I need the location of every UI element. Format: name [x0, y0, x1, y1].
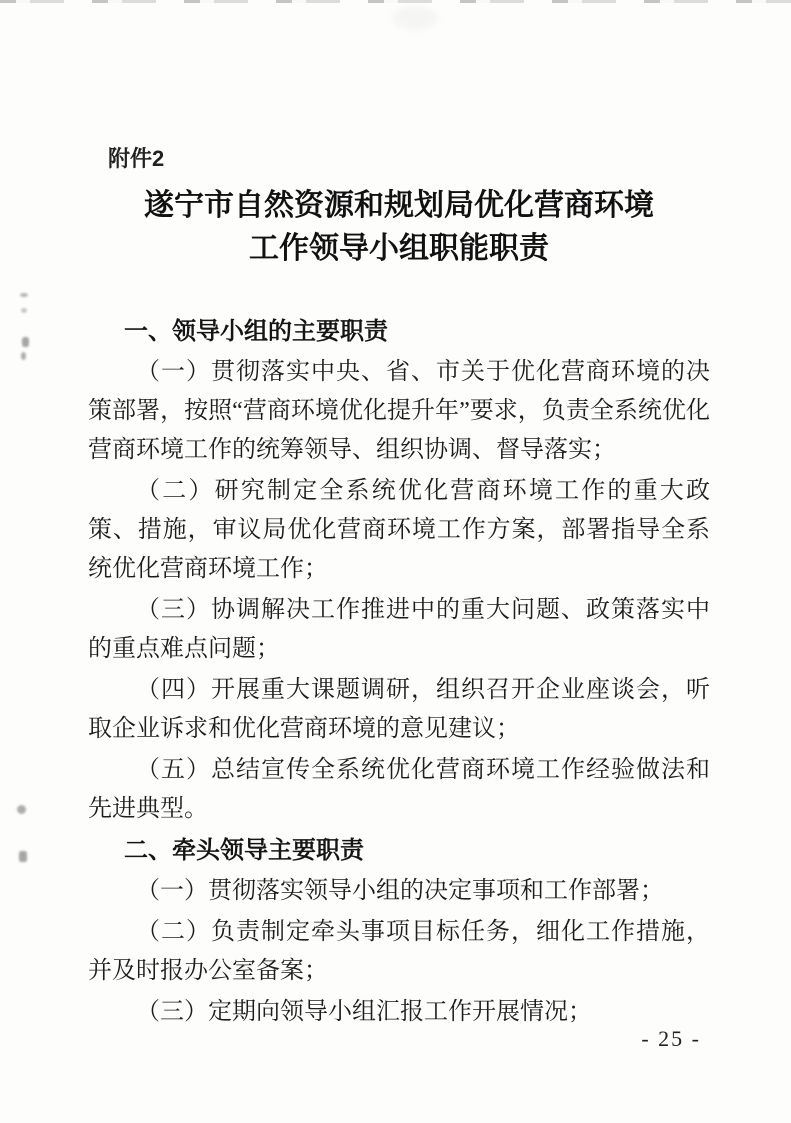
- scan-artifact: [21, 352, 26, 360]
- document-title-line2: 工作领导小组职能职责: [88, 227, 710, 270]
- section-1-paragraph-2: （二）研究制定全系统优化营商环境工作的重大政策、措施，审议局优化营商环境工作方案…: [88, 472, 710, 589]
- page-number: - 25 -: [641, 1026, 701, 1052]
- scan-edge-artifact: [0, 0, 791, 3]
- document-content: 附件2 遂宁市自然资源和规划局优化营商环境 工作领导小组职能职责 一、领导小组的…: [88, 146, 710, 1034]
- section-2-heading: 二、牵头领导主要职责: [88, 831, 710, 870]
- scan-artifact: [392, 6, 438, 30]
- section-2-paragraph-1: （一）贯彻落实领导小组的决定事项和工作部署；: [88, 872, 710, 911]
- section-1-paragraph-1: （一）贯彻落实中央、省、市关于优化营商环境的决策部署，按照“营商环境优化提升年”…: [88, 353, 710, 470]
- document-page: 附件2 遂宁市自然资源和规划局优化营商环境 工作领导小组职能职责 一、领导小组的…: [0, 0, 791, 1123]
- section-1-heading: 一、领导小组的主要职责: [88, 312, 710, 351]
- attachment-label: 附件2: [108, 146, 710, 172]
- document-title-line1: 遂宁市自然资源和规划局优化营商环境: [88, 184, 710, 227]
- document-body: 一、领导小组的主要职责 （一）贯彻落实中央、省、市关于优化营商环境的决策部署，按…: [88, 312, 710, 1032]
- section-1-paragraph-3: （三）协调解决工作推进中的重大问题、政策落实中的重点难点问题；: [88, 591, 710, 669]
- section-1-paragraph-5: （五）总结宣传全系统优化营商环境工作经验做法和先进典型。: [88, 751, 710, 829]
- scan-artifact: [20, 293, 28, 297]
- scan-artifact: [22, 337, 29, 347]
- section-2-paragraph-3: （三）定期向领导小组汇报工作开展情况；: [88, 993, 710, 1032]
- scan-artifact: [21, 308, 27, 313]
- scan-artifact: [17, 805, 26, 814]
- section-2-paragraph-2: （二）负责制定牵头事项目标任务，细化工作措施，并及时报办公室备案；: [88, 913, 710, 991]
- section-1-paragraph-4: （四）开展重大课题调研，组织召开企业座谈会，听取企业诉求和优化营商环境的意见建议…: [88, 671, 710, 749]
- scan-artifact: [19, 851, 27, 862]
- document-title: 遂宁市自然资源和规划局优化营商环境 工作领导小组职能职责: [88, 184, 710, 270]
